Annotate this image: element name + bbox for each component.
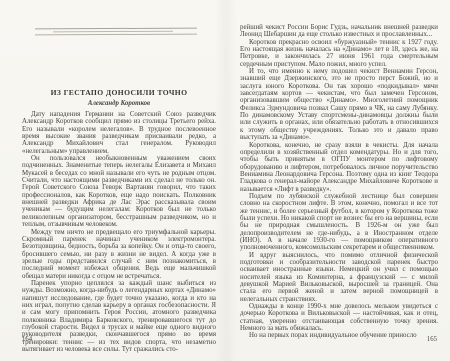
page-number-left: 164 [22,336,32,343]
paragraph: Подъем по лубянской служебной лестнице б… [240,193,438,252]
paragraph: И вдруг выяснилось, что помимо отличной … [240,252,438,303]
chapter-author: Александр Коротков [22,100,216,107]
chapter-title: ИЗ ГЕСТАПО ДОНОСИЛИ ТОЧНО [22,88,216,97]
paragraph: Коротков прекрасно освоил «буржуазный» т… [240,39,438,68]
paragraph: Короткова, конечно, не сразу взяли в чек… [240,142,438,193]
paragraph: И то, что именно к нему подошел чекист В… [240,68,438,141]
paragraph: Паренек упорно цеплялся за каждый шанс в… [22,280,216,353]
right-page-body: рейший чекист России Борис Гудзь, началь… [240,24,438,340]
left-page-body: Дату нападения Германии на Советский Сою… [22,111,216,353]
paragraph: Между тем ничто не предвещало его триумф… [22,229,216,280]
page-number-right: 165 [427,336,437,343]
page-gutter [215,0,237,361]
paragraph: рейший чекист России Борис Гудзь, началь… [240,24,438,39]
book-spread: ИЗ ГЕСТАПО ДОНОСИЛИ ТОЧНО Александр Коро… [0,0,450,361]
paragraph: Дату нападения Германии на Советский Сою… [22,111,216,155]
decorative-rule [35,28,197,36]
paragraph: Однажды в конце 1990-х мне довелось мель… [240,303,438,332]
paragraph: Он пользовался необыкновенным уважением … [22,155,216,228]
chapter-heading: ИЗ ГЕСТАПО ДОНОСИЛИ ТОЧНО Александр Коро… [22,88,216,107]
paragraph: Но на первых порах индивидуальное обучен… [240,332,438,339]
